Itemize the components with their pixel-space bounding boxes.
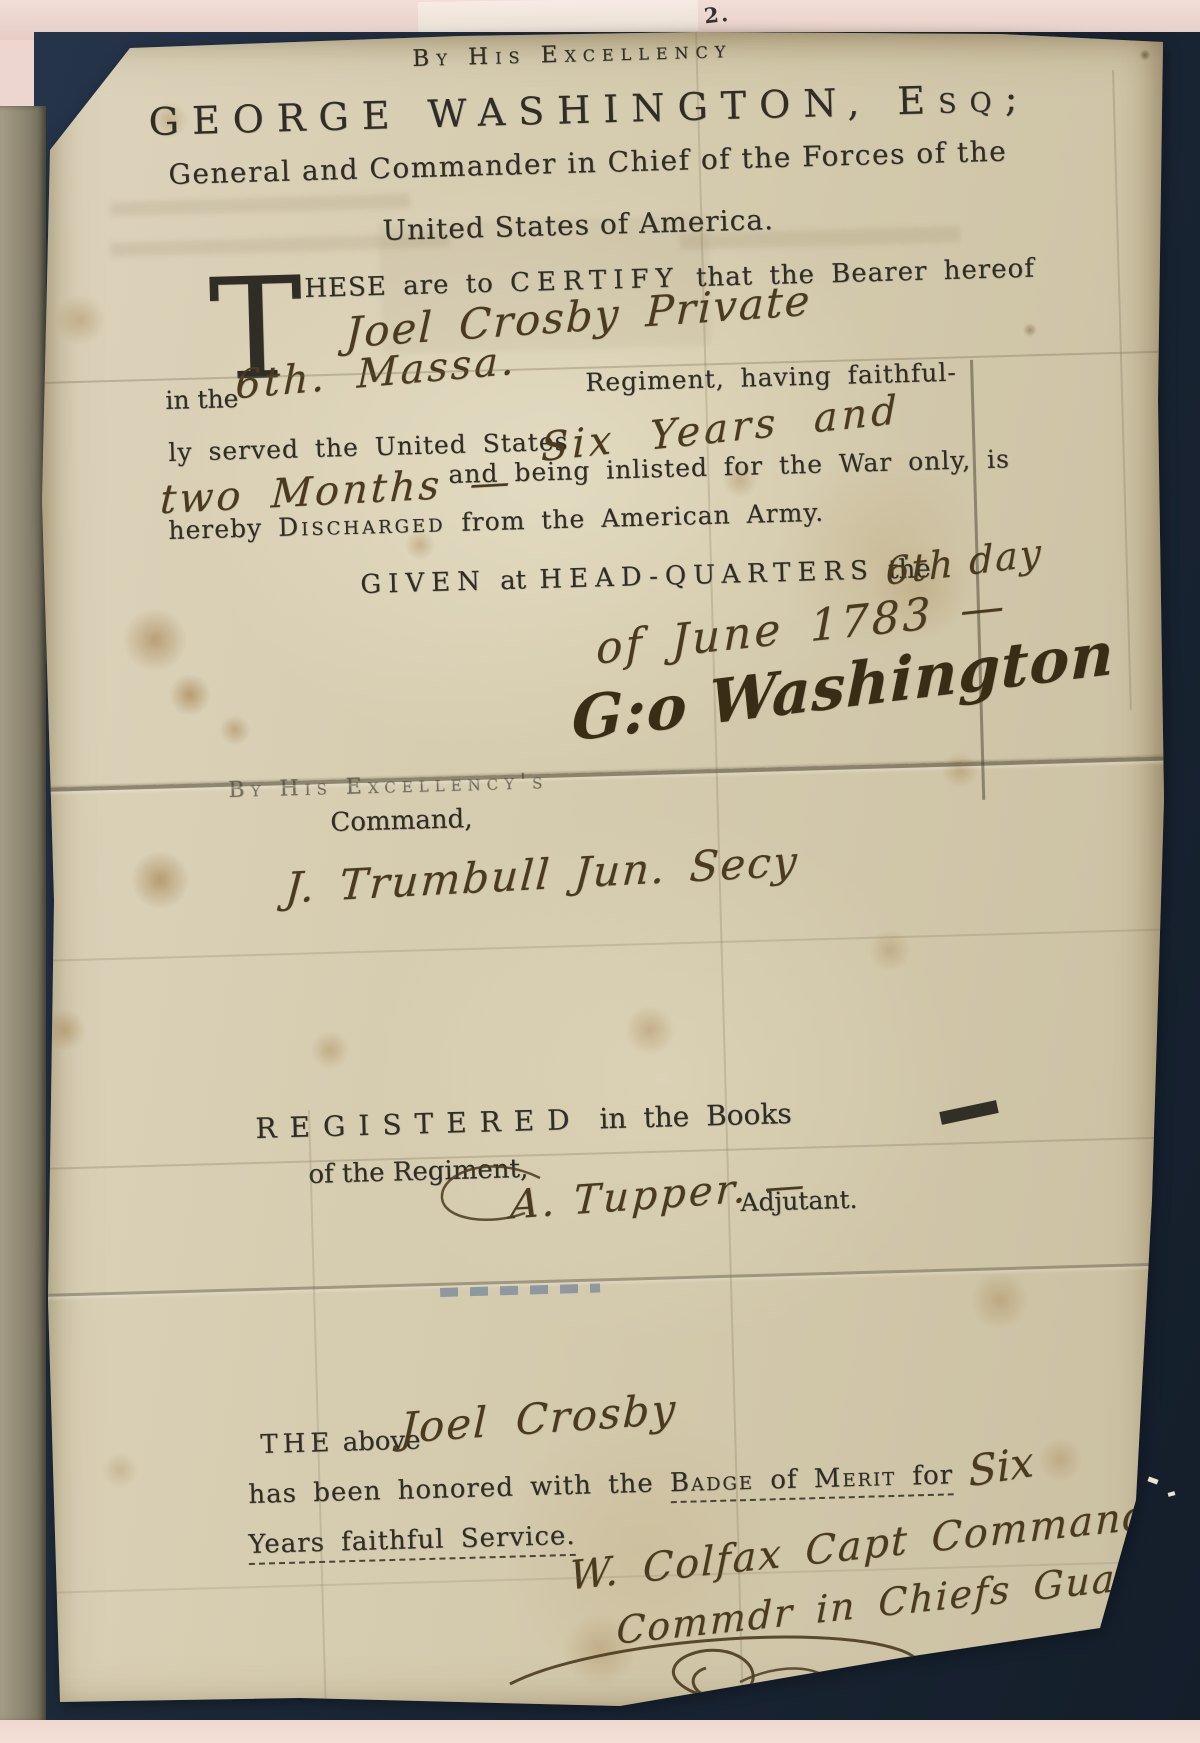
badge-name-handwritten: Joel Crosby: [399, 1384, 677, 1453]
registered-books: Books: [706, 1097, 793, 1132]
honored-text: has been honored with the: [248, 1468, 670, 1510]
header-line-george-washington: GEORGE WASHINGTON, Esq;: [148, 75, 1031, 144]
fold-crease-tape-residue: [440, 1284, 600, 1297]
for-word: for: [896, 1460, 954, 1492]
the-word: THE: [260, 1428, 335, 1460]
fold-crease-horizontal-2: [40, 756, 1170, 792]
given-at: at: [486, 565, 539, 596]
head-quarters-word: HEAD-QUARTERS: [539, 556, 875, 595]
in-the-label: in the: [165, 384, 239, 415]
faithful-service-line: Years faithful Service.: [248, 1521, 576, 1560]
discharged-word: Discharged: [278, 508, 446, 542]
badge-merit-line: has been honored with the Badge of Merit…: [248, 1460, 954, 1510]
header-line-by-his-excellency: By His Excellency: [412, 37, 733, 72]
given-line: GIVEN at HEAD-QUARTERS the: [360, 554, 931, 600]
command-line: Command,: [330, 804, 473, 838]
document-paper: By His Excellency GEORGE WASHINGTON, Esq…: [40, 30, 1170, 1722]
fabric-backing-bottom: [0, 1720, 1200, 1743]
registered-in-the: in the: [582, 1099, 706, 1135]
the-above-line: THE above: [260, 1426, 421, 1460]
secretary-signature: J. Trumbull Jun. Secy: [284, 836, 801, 912]
discharged-text-1: hereby: [168, 513, 278, 545]
fold-crease-vertical-4: [1112, 70, 1132, 710]
ink-blot: [939, 1100, 998, 1125]
given-word: GIVEN: [360, 566, 487, 600]
service-text: Years faithful Service.: [248, 1521, 576, 1565]
of-word: of: [754, 1464, 815, 1496]
badge-word: Badge: [670, 1466, 755, 1498]
scanned-document-photo: 2. By His Excellency GEORGE WASHINGTON, …: [0, 0, 1200, 1743]
by-excellencys-line: By His Excellency's: [228, 769, 549, 803]
years-handwritten: Six: [967, 1437, 1035, 1497]
fold-crease-horizontal-5: [40, 1262, 1170, 1297]
tupper-flourish: [430, 1158, 550, 1228]
bleedthrough-smudge: [110, 194, 410, 216]
registered-line: REGISTERED in the Books: [255, 1097, 792, 1145]
pencil-mark: 2.: [703, 1, 731, 29]
fold-crease-horizontal-3: [40, 928, 1170, 962]
paper-wrapper: By His Excellency GEORGE WASHINGTON, Esq…: [40, 30, 1170, 1722]
signature-flourish: [500, 1622, 960, 1722]
header-line-commander-in-chief: General and Commander in Chief of the Fo…: [168, 135, 1008, 191]
fold-crease-vertical-3: [308, 1110, 326, 1700]
regiment-printed: Regiment, having faithful-: [585, 358, 957, 397]
merit-word: Merit: [813, 1462, 896, 1494]
registered-word: REGISTERED: [255, 1103, 583, 1145]
adjutant-label: Adjutant.: [740, 1185, 858, 1217]
fold-crease-horizontal-4: [40, 1136, 1170, 1170]
header-line-united-states: United States of America.: [382, 203, 774, 247]
